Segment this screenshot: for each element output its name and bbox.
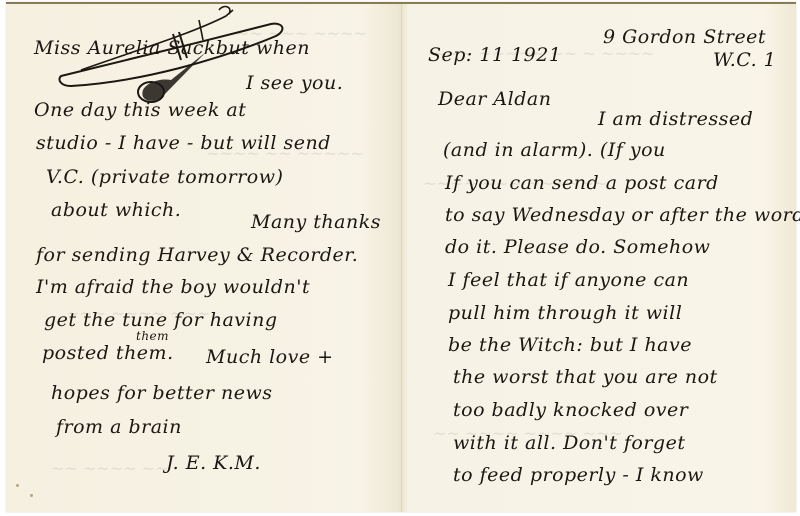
letter-line: Miss Aurelia Sackbut when: [34, 37, 310, 59]
letter-sheet: ~~ ~~~ ~~~~ ~~~~ ~~ ~~~~~ ~~~ ~~~~ ~~~ ~…: [6, 2, 796, 512]
letter-line: posted them.: [42, 342, 174, 364]
letter-line: V.C. (private tomorrow): [46, 166, 283, 188]
paper-spot: [30, 494, 33, 497]
letter-insertion: them: [136, 329, 169, 343]
letter-line: to say Wednesday or after the word: [445, 204, 800, 226]
signature: J. E. K.M.: [166, 452, 261, 474]
left-page: ~~ ~~~ ~~~~ ~~~~ ~~ ~~~~~ ~~~ ~~~~ ~~~ ~…: [6, 4, 401, 512]
address-line: W.C. 1: [713, 49, 776, 71]
letter-line: to feed properly - I know: [453, 464, 704, 486]
letter-line: If you can send a post card: [445, 172, 719, 194]
letter-line: be the Witch: but I have: [448, 334, 692, 356]
letter-line: Much love +: [206, 346, 334, 368]
salutation: Dear Aldan: [438, 88, 551, 110]
letter-line: I'm afraid the boy wouldn't: [36, 276, 310, 298]
show-through-text: ~~ ~~~~ ~~: [51, 459, 168, 478]
letter-line: I see you.: [246, 72, 343, 94]
letter-line: I am distressed: [598, 108, 753, 130]
letter-line: for sending Harvey & Recorder.: [36, 244, 358, 266]
letter-line: (and in alarm). (If you: [443, 139, 666, 161]
letter-line: the worst that you are not: [453, 366, 718, 388]
letter-line: I feel that if anyone can: [448, 269, 689, 291]
letter-line: studio - I have - but will send: [36, 132, 331, 154]
letter-line: Many thanks: [251, 211, 381, 233]
letter-date: Sep: 11 1921: [428, 44, 561, 66]
letter-line: hopes for better news: [51, 382, 273, 404]
letter-line: One day this week at: [34, 99, 246, 121]
letter-line: from a brain: [56, 416, 182, 438]
address-line: 9 Gordon Street: [603, 26, 766, 48]
letter-line: pull him through it will: [448, 302, 682, 324]
paper-spot: [16, 484, 19, 487]
letter-line: with it all. Don't forget: [453, 432, 685, 454]
letter-line: get the tune for having: [44, 309, 278, 331]
right-page: ~~~ ~~~~~ ~~ ~ ~~~~ ~~~~ ~~~ ~~~~~~ ~~ ~…: [403, 4, 796, 512]
letter-line: too badly knocked over: [453, 399, 688, 421]
letter-line: about which.: [51, 199, 181, 221]
letter-line: do it. Please do. Somehow: [445, 236, 710, 258]
